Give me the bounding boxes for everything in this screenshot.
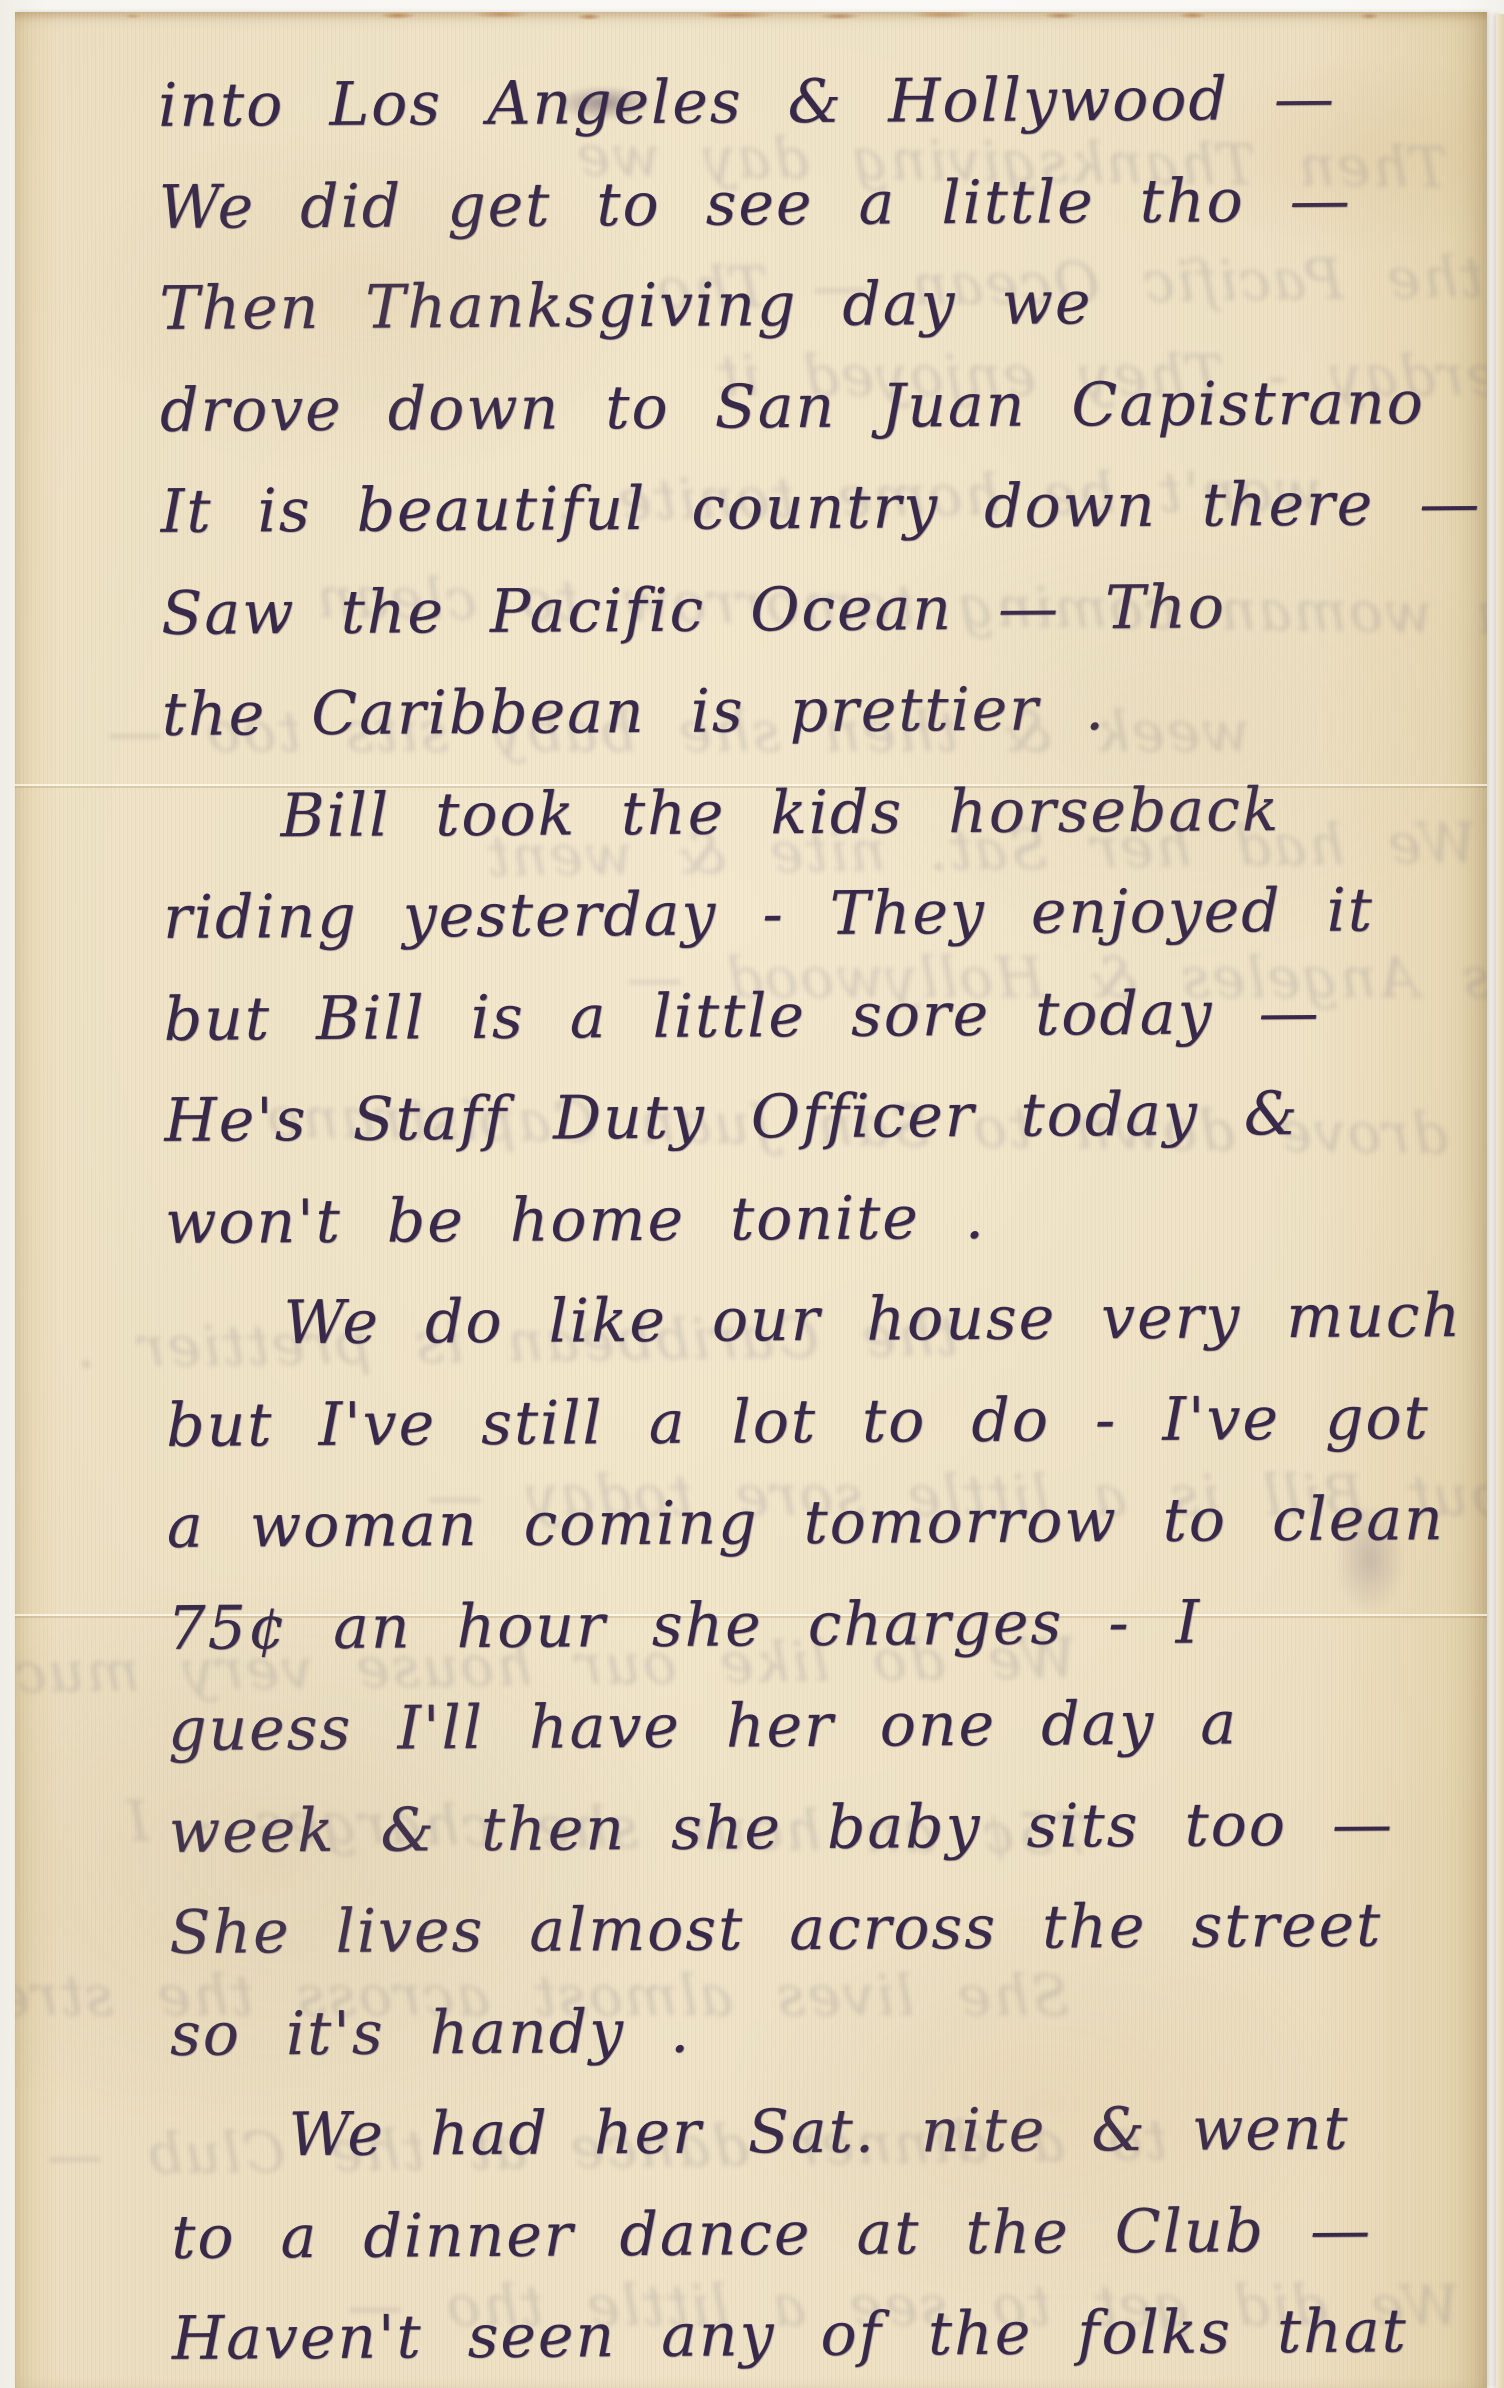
letter-line: so it's handy . bbox=[170, 1977, 1451, 2086]
letter-line: Haven't seen any of the folks that bbox=[172, 2281, 1453, 2388]
scan-background: { "document": { "kind": "handwritten-let… bbox=[0, 0, 1504, 2388]
letter-line: a woman coming tomorrow to clean bbox=[167, 1469, 1448, 1578]
letter-line: guess I'll have her one day a bbox=[168, 1672, 1449, 1781]
foxing-spots bbox=[15, 12, 1487, 24]
letter-line: We do like our house very much bbox=[165, 1266, 1446, 1375]
letter-line: to a dinner dance at the Club — bbox=[171, 2180, 1452, 2289]
letter-line: riding yesterday - They enjoyed it bbox=[163, 860, 1444, 969]
letter-line: but I've still a lot to do - I've got bbox=[166, 1368, 1447, 1477]
letter-line: Bill took the kids horseback bbox=[162, 759, 1443, 868]
letter-line: drove down to San Juan Capistrano bbox=[160, 353, 1441, 462]
letter-page: Then Thanksgiving day weSaw the Pacific … bbox=[15, 12, 1487, 2388]
letter-line: won't be home tonite . bbox=[165, 1165, 1446, 1274]
letter-line: We had her Sat. nite & went bbox=[170, 2078, 1451, 2187]
letter-line: She lives almost across the street bbox=[169, 1875, 1450, 1984]
letter-line: Then Thanksgiving day we bbox=[159, 251, 1440, 360]
letter-line: the Caribbean is prettier . bbox=[162, 657, 1443, 766]
letter-line: We did get to see a little tho — bbox=[159, 150, 1440, 259]
letter-line: Saw the Pacific Ocean — Tho bbox=[161, 556, 1442, 665]
letter-body: into Los Angeles & Hollywood —We did get… bbox=[158, 48, 1452, 2388]
letter-line: 75¢ an hour she charges - I bbox=[167, 1571, 1448, 1680]
letter-line: It is beautiful country down there — bbox=[160, 454, 1441, 563]
letter-line: into Los Angeles & Hollywood — bbox=[158, 48, 1439, 157]
letter-line: but Bill is a little sore today — bbox=[163, 962, 1444, 1071]
adjacent-page-edge bbox=[1496, 14, 1504, 2388]
letter-line: week & then she baby sits too — bbox=[168, 1774, 1449, 1883]
letter-line: He's Staff Duty Officer today & bbox=[164, 1063, 1445, 1172]
